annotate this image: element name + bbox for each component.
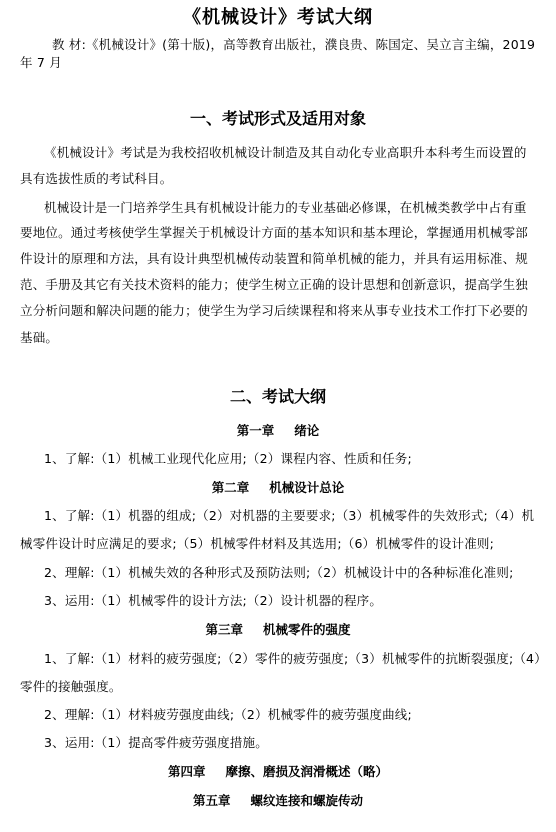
document-page: 《机械设计》考试大纲 教 材:《机械设计》(第十版)，高等教育出版社，濮良贵、陈… [0, 0, 556, 832]
chapter-name: 机械零件的强度 [263, 622, 351, 637]
outline-line: 3、运用:（1）机械零件的设计方法;（2）设计机器的程序。 [44, 593, 382, 609]
section-title-exam-format: 一、考试形式及适用对象 [0, 108, 556, 130]
chapter-title-1: 第一章绪论 [0, 423, 556, 439]
textbook-info-line-2: 年 7 月 [20, 55, 62, 71]
chapter-number: 第一章 [237, 423, 275, 438]
chapter-name: 绪论 [294, 423, 319, 438]
paragraph-line: 立分析问题和解决问题的能力；使学生为学习后续课程和将来从事专业技术工作打下必要的 [20, 303, 528, 319]
paragraph-line: 件设计的原理和方法，具有设计典型机械传动装置和简单机械的能力，并具有运用标准、规 [20, 251, 528, 267]
textbook-info-line-1: 教 材:《机械设计》(第十版)，高等教育出版社，濮良贵、陈国定、吴立言主编，20… [52, 37, 535, 53]
outline-line: 1、了解:（1）材料的疲劳强度;（2）零件的疲劳强度;（3）机械零件的抗断裂强度… [44, 651, 547, 667]
outline-line: 3、运用:（1）提高零件疲劳强度措施。 [44, 735, 268, 751]
chapter-name: 螺纹连接和螺旋传动 [251, 793, 364, 808]
section-title-exam-outline: 二、考试大纲 [0, 386, 556, 408]
chapter-title-2: 第二章机械设计总论 [0, 480, 556, 496]
outline-line: 1、了解:（1）机械工业现代化应用;（2）课程内容、性质和任务; [44, 451, 412, 467]
paragraph-line: 要地位。通过考核使学生掌握关于机械设计方面的基本知识和基本理论，掌握通用机械零部 [20, 225, 528, 241]
chapter-number: 第五章 [193, 793, 231, 808]
chapter-title-4: 第四章摩擦、磨损及润滑概述（略） [0, 764, 556, 780]
chapter-name: 机械设计总论 [269, 480, 344, 495]
paragraph-line: 基础。 [20, 330, 58, 346]
outline-line: 零件的接触强度。 [20, 679, 122, 695]
paragraph-line: 《机械设计》考试是为我校招收机械设计制造及其自动化专业高职升本科考生而设置的 [44, 145, 527, 161]
outline-line: 2、理解:（1）机械失效的各种形式及预防法则;（2）机械设计中的各种标准化准则; [44, 565, 514, 581]
chapter-number: 第三章 [205, 622, 243, 637]
chapter-number: 第四章 [168, 764, 206, 779]
chapter-title-3: 第三章机械零件的强度 [0, 622, 556, 638]
paragraph-line: 范、手册及其它有关技术资料的能力；使学生树立正确的设计思想和创新意识，提高学生独 [20, 277, 528, 293]
chapter-number: 第二章 [212, 480, 250, 495]
paragraph-line: 具有选拔性质的考试科目。 [20, 171, 172, 187]
paragraph-line: 机械设计是一门培养学生具有机械设计能力的专业基础必修课，在机械类教学中占有重 [44, 200, 527, 216]
outline-line: 1、了解:（1）机器的组成;（2）对机器的主要要求;（3）机械零件的失效形式;（… [44, 508, 534, 524]
outline-line: 2、理解:（1）材料疲劳强度曲线;（2）机械零件的疲劳强度曲线; [44, 707, 412, 723]
chapter-name: 摩擦、磨损及润滑概述（略） [226, 764, 389, 779]
outline-line: 械零件设计时应满足的要求;（5）机械零件材料及其选用;（6）机械零件的设计准则; [20, 536, 494, 552]
chapter-title-5: 第五章螺纹连接和螺旋传动 [0, 793, 556, 809]
document-title: 《机械设计》考试大纲 [0, 6, 556, 30]
